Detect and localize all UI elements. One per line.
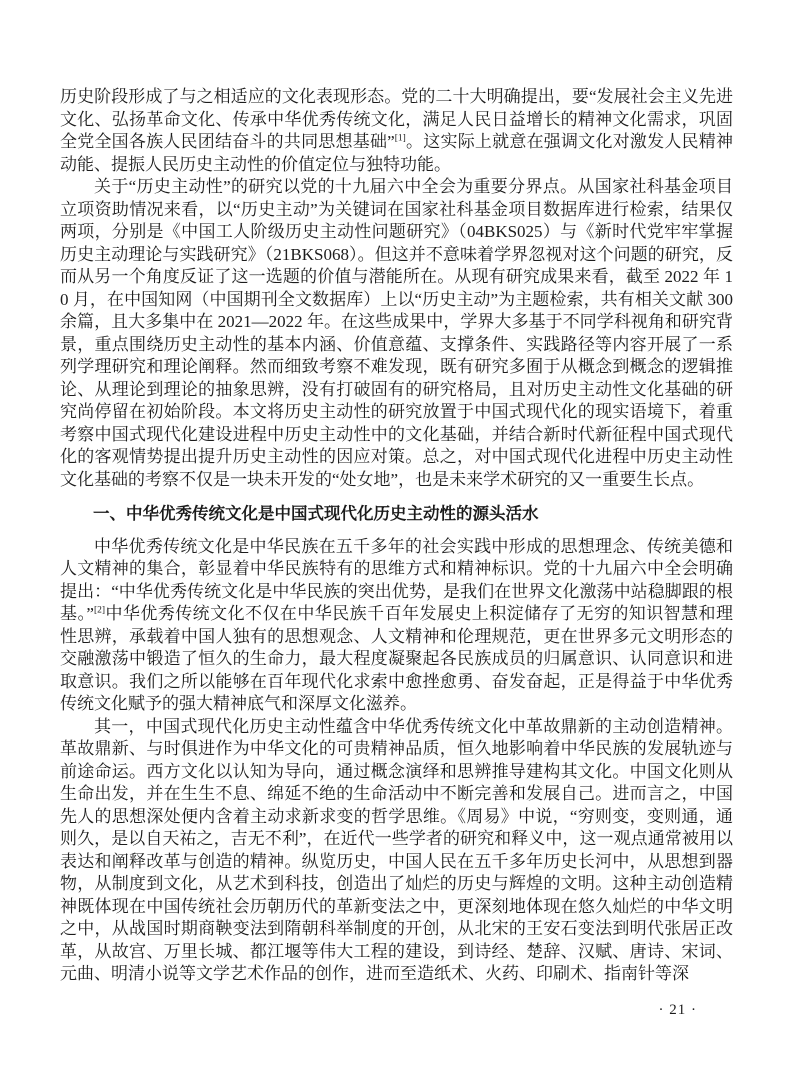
- page-number: · 21 ·: [659, 1002, 698, 1019]
- article-body: 历史阶段形成了与之相适应的文化表现形态。党的二十大明确提出，要“发展社会主义先进…: [60, 86, 733, 986]
- document-page: 历史阶段形成了与之相适应的文化表现形态。党的二十大明确提出，要“发展社会主义先进…: [0, 0, 793, 1077]
- footnote-marker: [2]: [94, 605, 105, 615]
- footnote-marker: [1]: [395, 133, 406, 143]
- body-paragraph: 中华优秀传统文化是中华民族在五千多年的社会实践中形成的思想理念、传统美德和人文精…: [60, 536, 733, 716]
- body-paragraph: 关于“历史主动性”的研究以党的十九届六中全会为重要分界点。从国家社科基金项目立项…: [60, 176, 733, 491]
- body-paragraph: 其一，中国式现代化历史主动性蕴含中华优秀传统文化中革故鼎新的主动创造精神。革故鼎…: [60, 716, 733, 986]
- body-paragraph: 历史阶段形成了与之相适应的文化表现形态。党的二十大明确提出，要“发展社会主义先进…: [60, 86, 733, 176]
- section-heading: 一、中华优秀传统文化是中国式现代化历史主动性的源头活水: [60, 503, 733, 526]
